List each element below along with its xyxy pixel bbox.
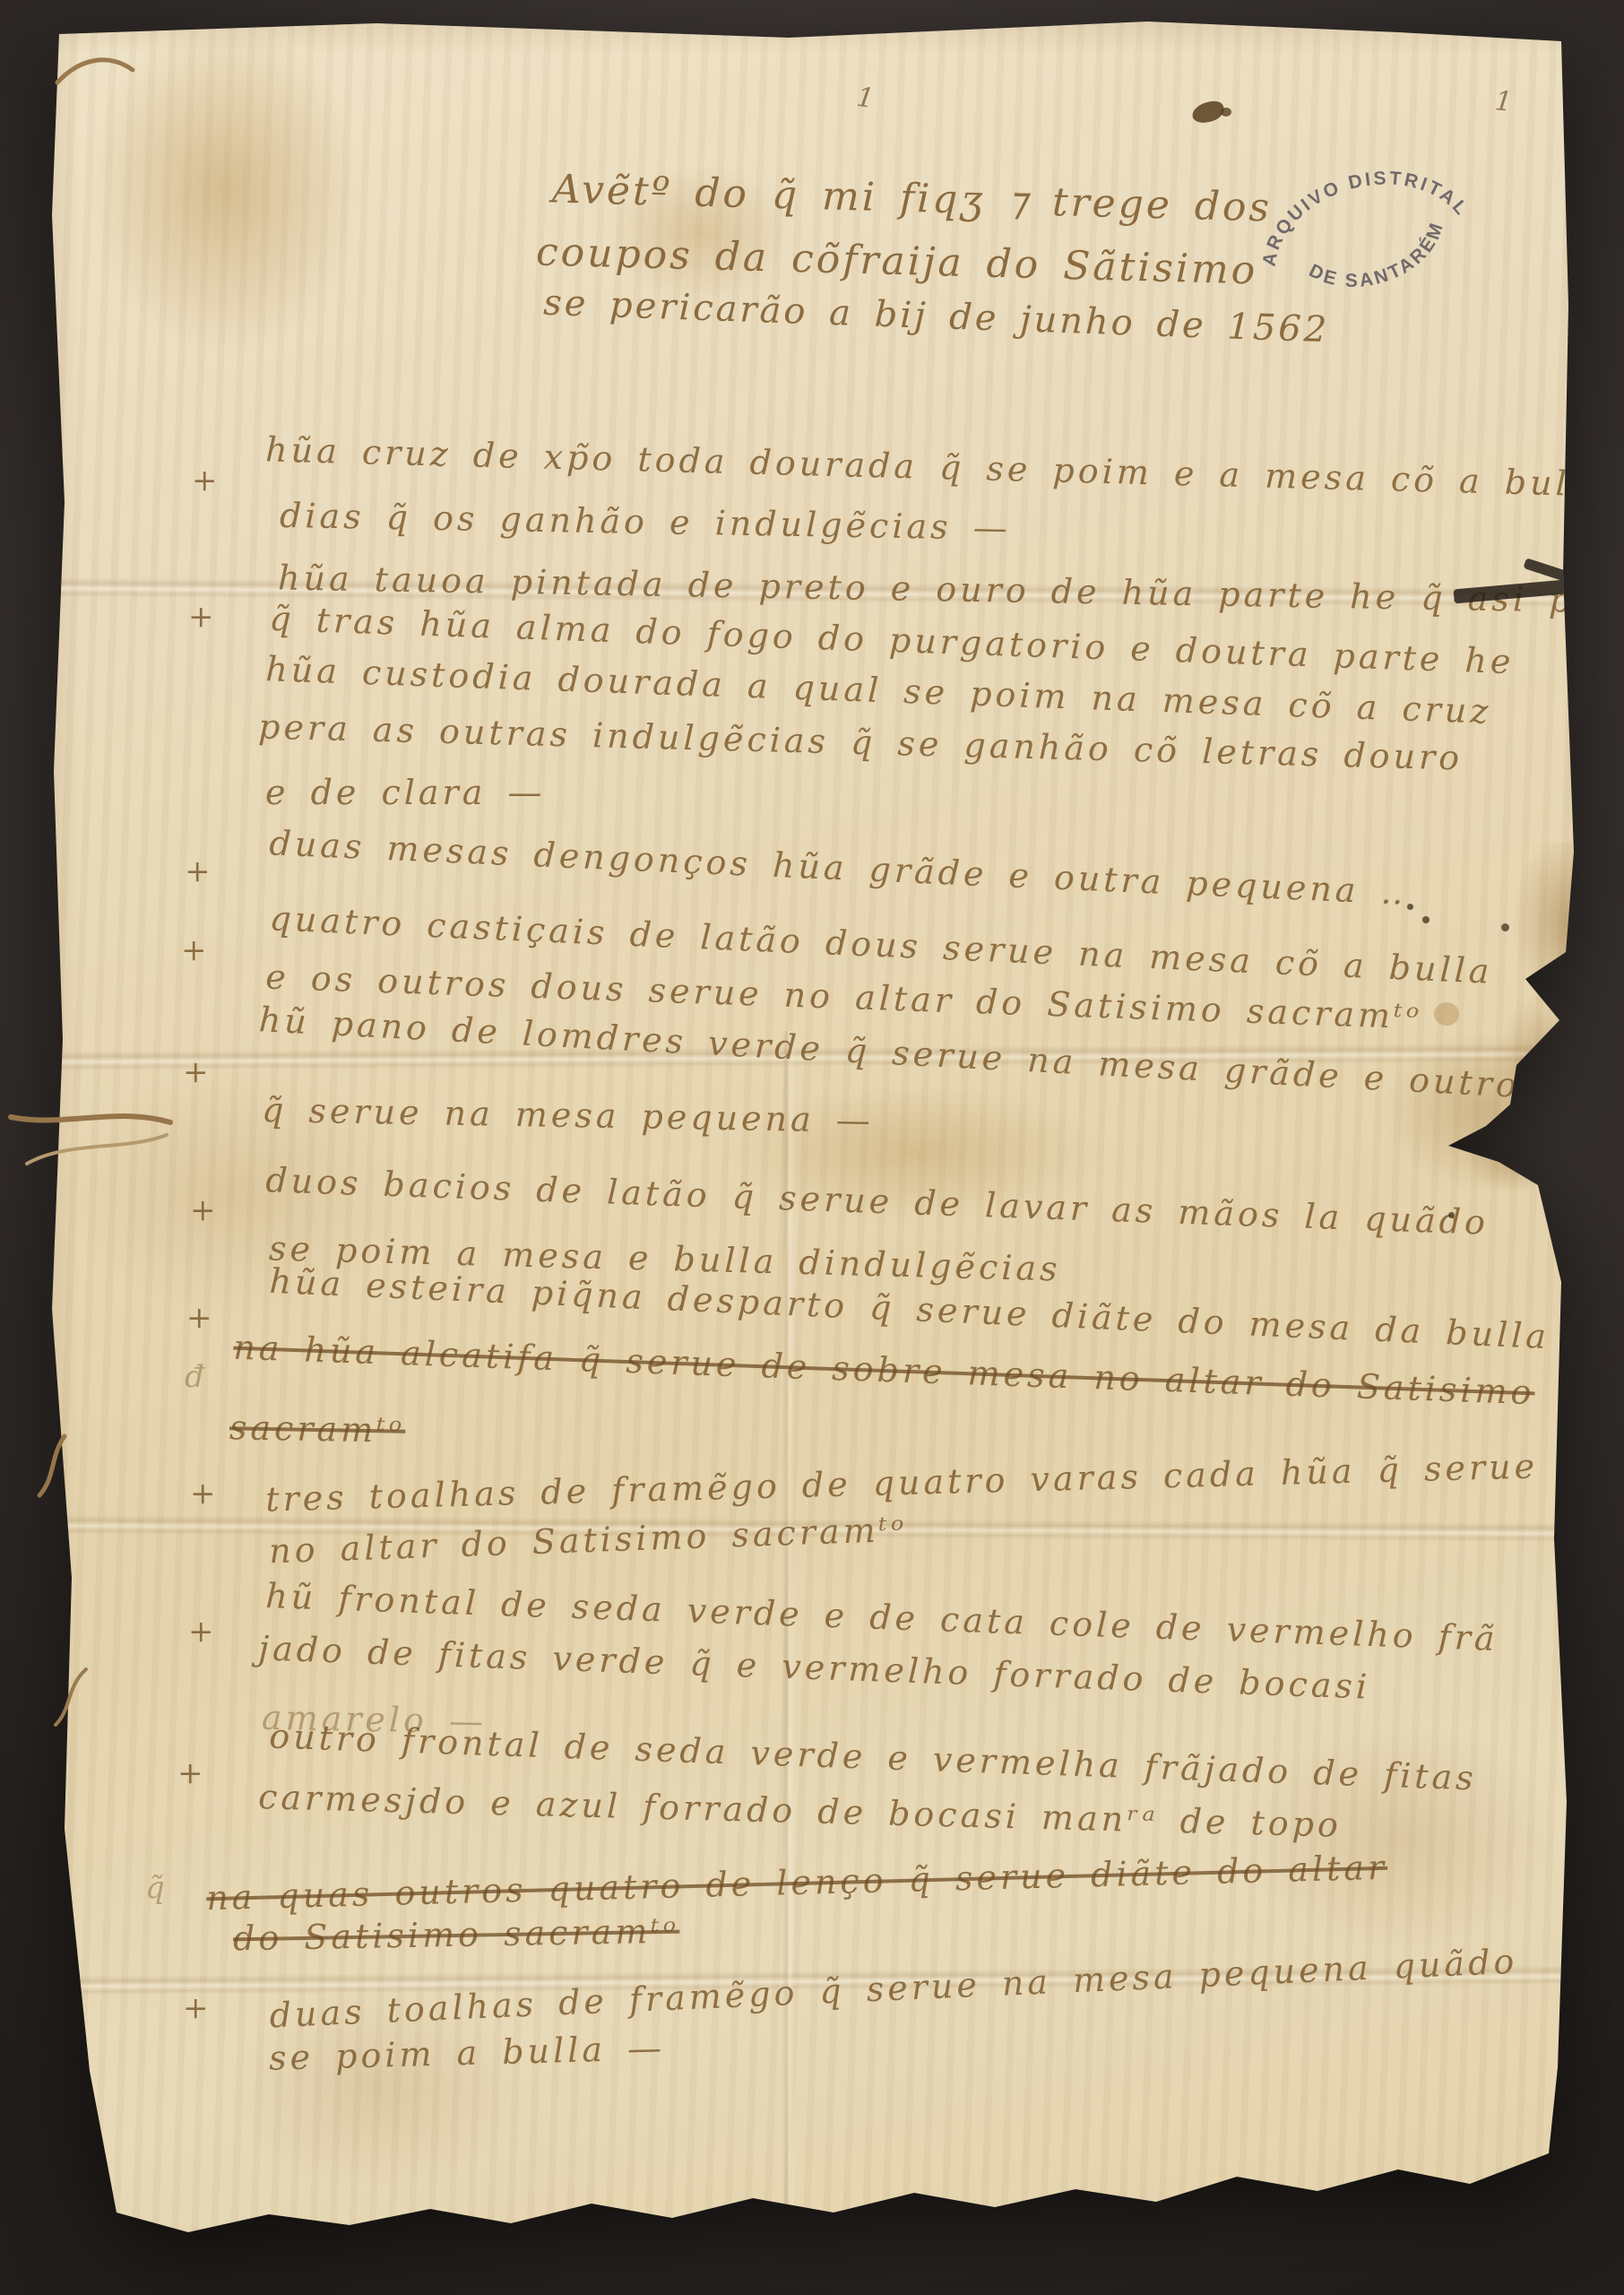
manuscript-line: duos bacios de latão q̃ serue de lavar a… <box>265 1160 1490 1243</box>
manuscript-line: duas mesas dengonços hũa grãde e outra p… <box>269 823 1408 912</box>
manuscript-page: 1 1 ARQUIVO DISTRITAL DE SANTARÉM Avẽtº … <box>0 0 1624 2295</box>
pinhole <box>1407 904 1413 910</box>
folio-number-center: 1 <box>855 82 877 115</box>
heading-line-2: coupos da cõfraija do Sãtisimo <box>535 229 1257 293</box>
manuscript-line: tres toalhas de framẽgo de quatro varas … <box>265 1446 1539 1519</box>
manuscript-line: dias q̃ os ganhão e indulgẽcias — <box>280 496 1011 548</box>
stain-spot <box>1434 1002 1459 1026</box>
folio-number-right: 1 <box>1493 85 1514 118</box>
tear-browning <box>1416 843 1595 1219</box>
item-marker: q̃ <box>145 1870 165 1906</box>
item-marker: + <box>188 1614 214 1650</box>
tear-crack <box>1523 558 1570 582</box>
manuscript-line: hũa cruz de xp̃o toda dourada q̃ se poim… <box>265 429 1624 506</box>
manuscript-line: sacramᵗᵒ <box>229 1407 406 1450</box>
ink-blot-small <box>1221 108 1231 117</box>
item-marker: + <box>181 932 207 968</box>
item-marker: + <box>185 853 211 889</box>
svg-text:DE SANTARÉM: DE SANTARÉM <box>1299 214 1459 305</box>
item-marker: + <box>188 599 214 635</box>
item-marker: + <box>192 463 218 498</box>
item-marker: + <box>186 1300 212 1336</box>
item-marker: + <box>190 1476 216 1511</box>
item-marker: + <box>183 1990 209 2026</box>
pinhole <box>1422 916 1430 923</box>
svg-text:ARQUIVO DISTRITAL: ARQUIVO DISTRITAL <box>1243 146 1476 273</box>
item-marker: đ <box>185 1359 204 1395</box>
manuscript-line: na quas outros quatro de lenço q̃ serue … <box>206 1848 1388 1918</box>
pinhole <box>1448 1212 1455 1218</box>
manuscript-line: do Satisimo sacramᵗᵒ <box>233 1911 680 1959</box>
item-marker: + <box>190 1192 216 1228</box>
manuscript-line: se poim a bulla — <box>268 2028 665 2078</box>
pinhole <box>1501 923 1509 931</box>
manuscript-line: e de clara — <box>265 773 545 812</box>
stamp-text-top: ARQUIVO DISTRITAL <box>1243 146 1476 273</box>
item-marker: + <box>183 1054 209 1090</box>
heading-line-1: Avẽtº do q̃ mi fiqʒ ⁊ trege dos <box>551 166 1272 230</box>
photograph-backdrop: 1 1 ARQUIVO DISTRITAL DE SANTARÉM Avẽtº … <box>0 0 1624 2295</box>
item-marker: + <box>177 1755 203 1791</box>
manuscript-line: duas toalhas de framẽgo q̃ serue na mesa… <box>269 1942 1518 2036</box>
stamp-text-bottom: DE SANTARÉM <box>1299 214 1459 305</box>
paper-shadow: 1 1 ARQUIVO DISTRITAL DE SANTARÉM Avẽtº … <box>0 0 1624 2295</box>
